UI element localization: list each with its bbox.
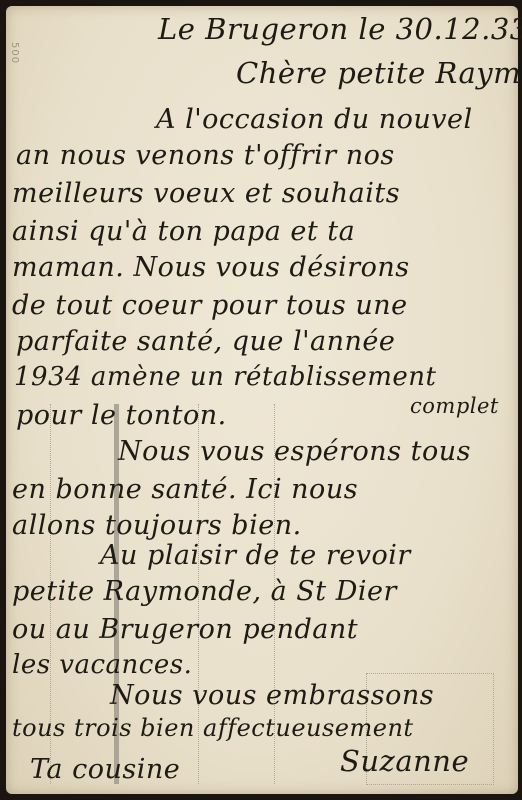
insertion-text: complet — [410, 394, 499, 418]
letter-line: ainsi qu'à ton papa et ta — [12, 216, 355, 247]
letter-line: meilleurs voeux et souhaits — [12, 178, 400, 209]
letter-line: A l'occasion du nouvel — [156, 104, 473, 135]
letter-line: Nous vous espérons tous — [118, 436, 471, 467]
letter-line: an nous venons t'offrir nos — [16, 140, 395, 171]
letter-line: maman. Nous vous désirons — [12, 252, 410, 283]
letter-line: tous trois bien affectueusement — [12, 714, 414, 742]
letter-line: en bonne santé. Ici nous — [12, 474, 358, 505]
greeting: Chère petite Raymonde — [236, 56, 522, 90]
letter-line: petite Raymonde, à St Dier — [12, 576, 397, 607]
place-date: Le Brugeron le 30.12.33 — [158, 12, 522, 46]
signature: Suzanne — [340, 744, 469, 778]
letter-line: allons toujours bien. — [12, 510, 302, 541]
letter-line: les vacances. — [12, 650, 192, 680]
letter-line: de tout coeur pour tous une — [12, 290, 408, 321]
letter-line: ou au Brugeron pendant — [12, 614, 358, 645]
letter-line: Nous vous embrassons — [110, 680, 434, 711]
letter-line: 1934 amène un rétablissement — [14, 362, 436, 392]
letter-line: Au plaisir de te revoir — [100, 540, 411, 571]
closing: Ta cousine — [30, 754, 180, 785]
printed-number: 500 — [9, 42, 20, 64]
letter-line: parfaite santé, que l'année — [16, 326, 395, 357]
letter-line: pour le tonton. — [16, 400, 227, 431]
